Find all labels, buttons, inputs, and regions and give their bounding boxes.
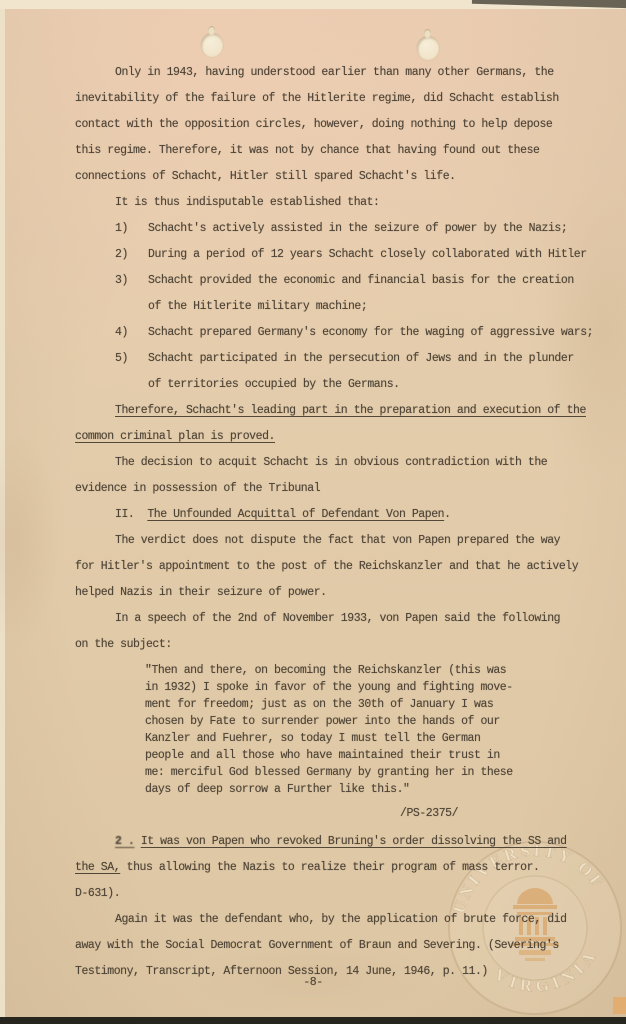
list-item: 5) Schacht participated in the persecuti… xyxy=(75,346,602,398)
list-item: 4) Schacht prepared Germany's economy fo… xyxy=(75,320,602,346)
list-item-text: Schacht prepared Germany's economy for t… xyxy=(148,320,602,346)
scan-edge-bottom xyxy=(0,1017,626,1024)
exhibit-citation: /PS-2375/ xyxy=(400,802,602,826)
list-item: 3) Schacht provided the economic and fin… xyxy=(75,268,602,320)
page-number: -8- xyxy=(0,976,626,989)
list-item-text: Schacht provided the economic and financ… xyxy=(148,268,602,320)
list-item: 2) During a period of 12 years Schacht c… xyxy=(75,242,602,268)
scan-edge-left xyxy=(0,9,5,1017)
list-item-number: 4) xyxy=(115,320,148,346)
paragraph-established-that: It is thus indisputable established that… xyxy=(75,190,602,216)
list-item: 1) Schacht's actively assisted in the se… xyxy=(75,216,602,242)
list-item-number: 5) xyxy=(115,346,148,372)
hole-punch-right xyxy=(417,36,439,60)
paragraph-revoked-order: 2 . It was von Papen who revoked Bruning… xyxy=(75,829,602,907)
document-page: UNIVERSITY OF VIRGINIA Only in 1943, hav… xyxy=(0,0,626,1024)
list-item-text: During a period of 12 years Schacht clos… xyxy=(148,242,602,268)
paragraph-schacht-1943: Only in 1943, having understood earlier … xyxy=(75,60,602,190)
block-quote-papen-speech: "Then and there, on becoming the Reichsk… xyxy=(145,662,545,798)
document-body: Only in 1943, having understood earlier … xyxy=(75,60,602,985)
section-heading-2: II.The Unfounded Acquittal of Defendant … xyxy=(75,502,602,528)
paper-stain xyxy=(0,430,60,650)
paragraph-verdict: The verdict does not dispute the fact th… xyxy=(75,528,602,606)
list-item-text: Schacht's actively assisted in the seizu… xyxy=(148,216,602,242)
section-heading-title: The Unfounded Acquittal of Defendant Von… xyxy=(147,508,444,521)
list-item-number: 2) xyxy=(115,242,148,268)
paragraph-brute-force: Again it was the defendant who, by the a… xyxy=(75,907,602,985)
paragraph-speech-intro: In a speech of the 2nd of November 1933,… xyxy=(75,606,602,658)
section-heading-period: . xyxy=(444,508,450,521)
list-item-number: 3) xyxy=(115,268,148,294)
list-item-number: 1) xyxy=(115,216,148,242)
conclusion-underlined-text: Therefore, Schacht's leading part in the… xyxy=(75,404,586,443)
paragraph-decision-acquit: The decision to acquit Schacht is in obv… xyxy=(75,450,602,502)
orange-tab-fragment xyxy=(613,997,626,1014)
numbered-list: 1) Schacht's actively assisted in the se… xyxy=(75,216,602,398)
hole-punch-left xyxy=(201,33,223,57)
revoked-order-rest-text: thus allowing the Nazis to realize their… xyxy=(75,861,540,900)
section-heading-number: II. xyxy=(115,508,134,521)
smudged-item-marker: 2 . xyxy=(115,835,134,848)
paragraph-conclusion: Therefore, Schacht's leading part in the… xyxy=(75,398,602,450)
list-item-text: Schacht participated in the persecution … xyxy=(148,346,602,398)
